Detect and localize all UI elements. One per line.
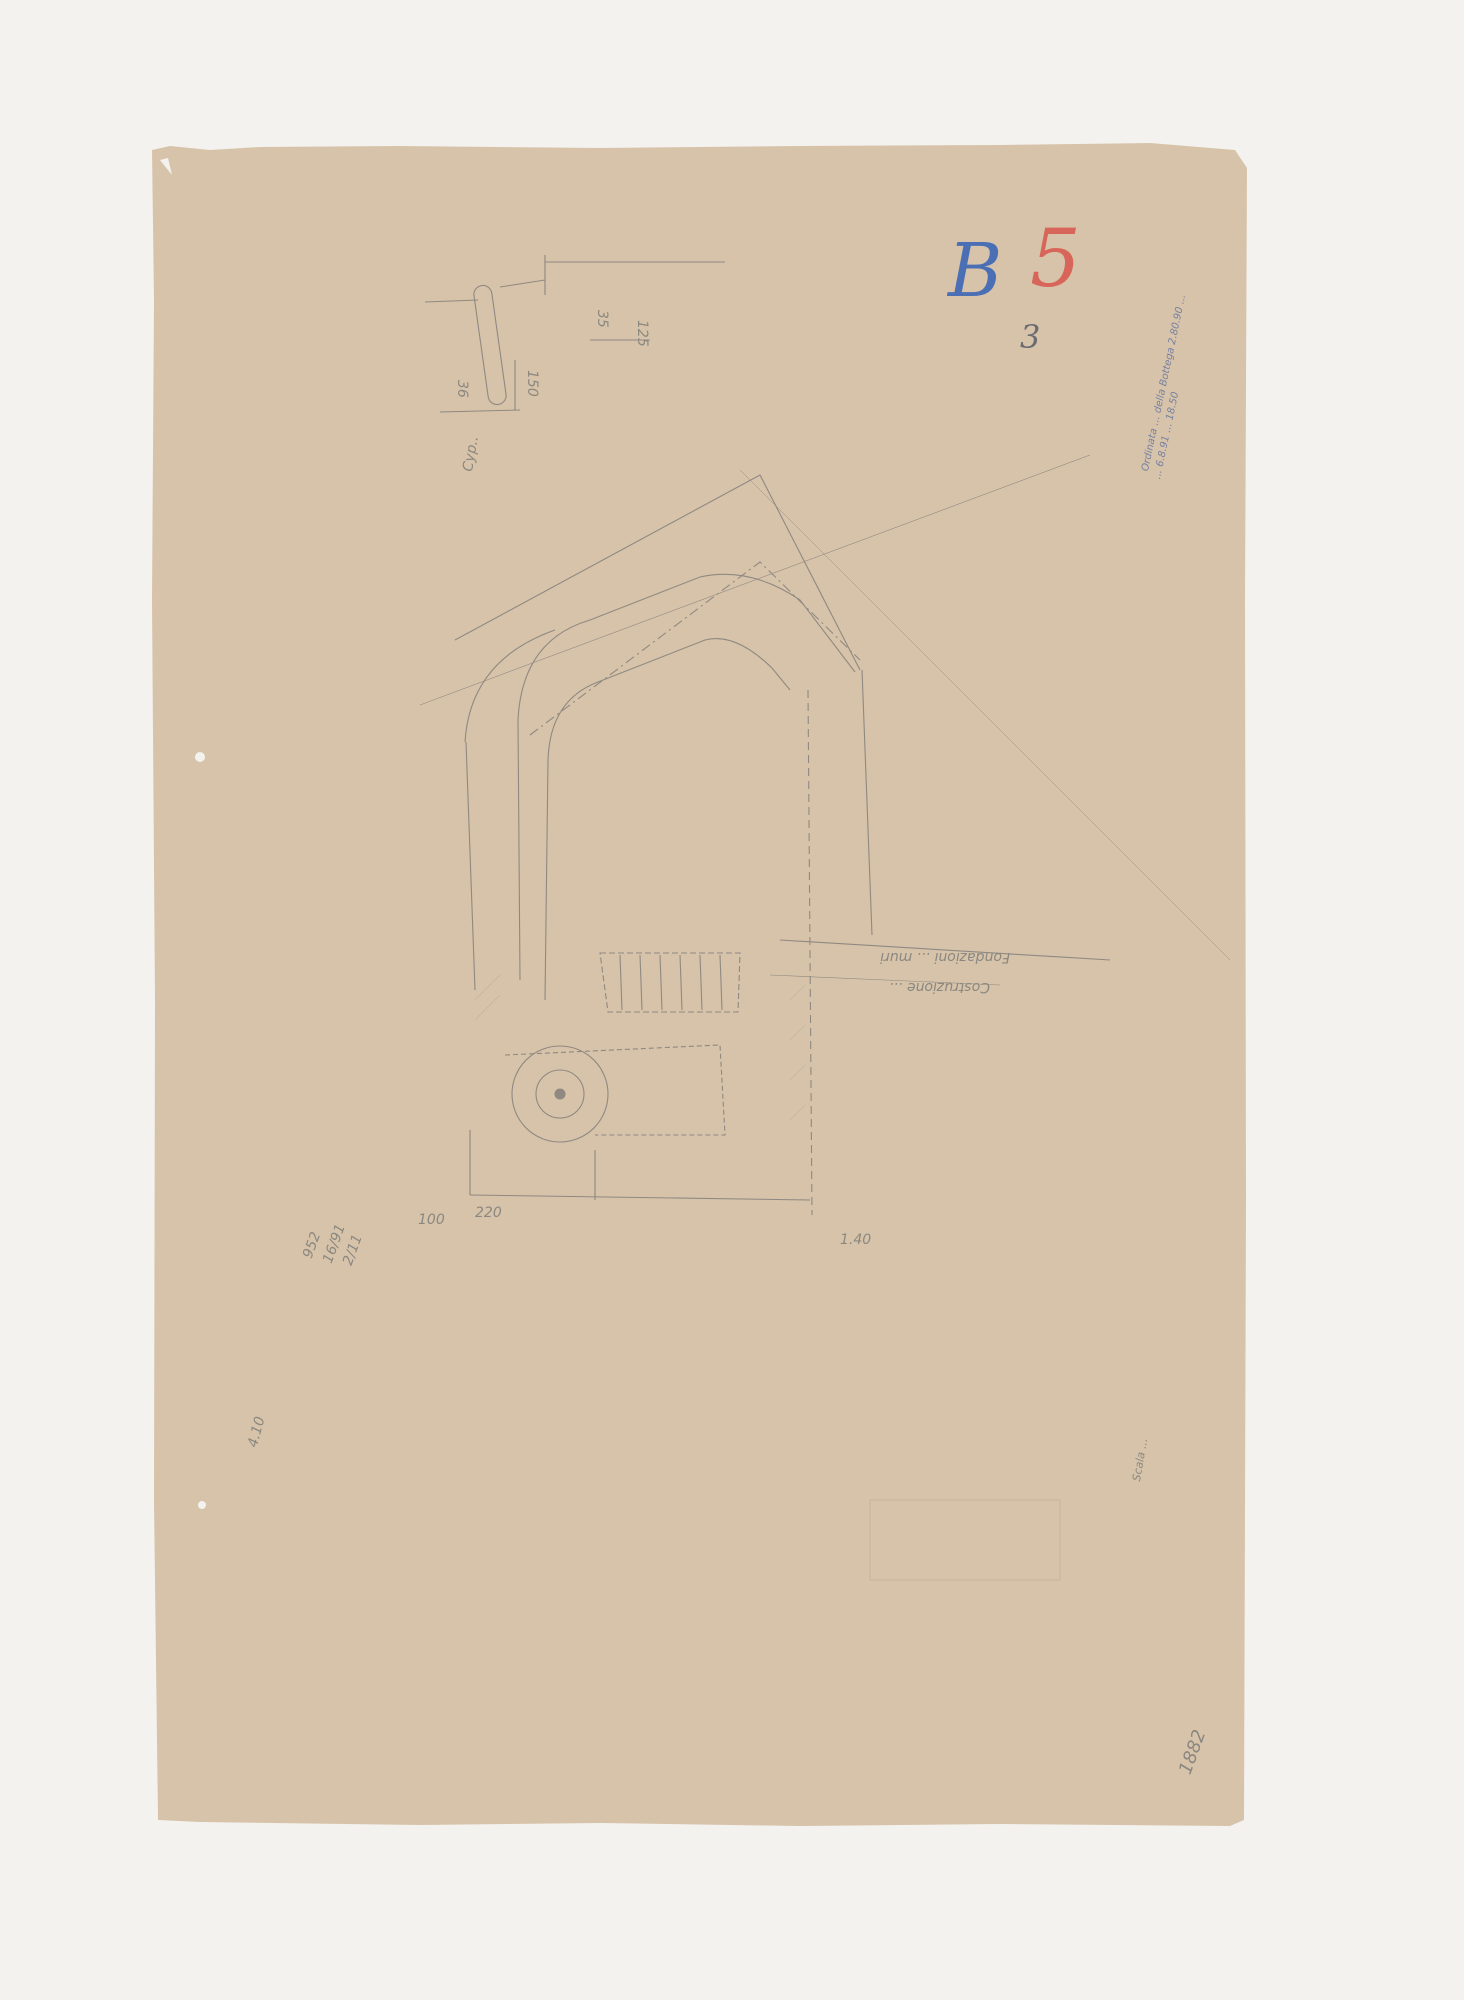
top-dim-2: 150 (524, 370, 540, 397)
sheet-number-mark: 3 (1020, 318, 1040, 356)
top-dim-1: 36 (454, 380, 470, 398)
archive-letter-mark: B (948, 228, 1002, 314)
plan-dim-100: 100 (418, 1212, 445, 1228)
drawing-sheet: B 5 3 Ordinata ... della Bottega 2.80.90… (0, 0, 1464, 2000)
top-dim-3: 35 (594, 310, 610, 328)
paper (152, 143, 1247, 1826)
top-dim-4: 125 (634, 320, 650, 347)
plan-dim-140: 1.40 (840, 1232, 871, 1248)
plan-dim-220: 220 (475, 1205, 502, 1221)
archive-number-mark: 5 (1030, 212, 1081, 305)
mid-note-2: Costruzione ... (889, 979, 990, 995)
mid-note-1: Fondazioni ... muri (880, 949, 1010, 965)
plan-drawing (0, 0, 1464, 2000)
